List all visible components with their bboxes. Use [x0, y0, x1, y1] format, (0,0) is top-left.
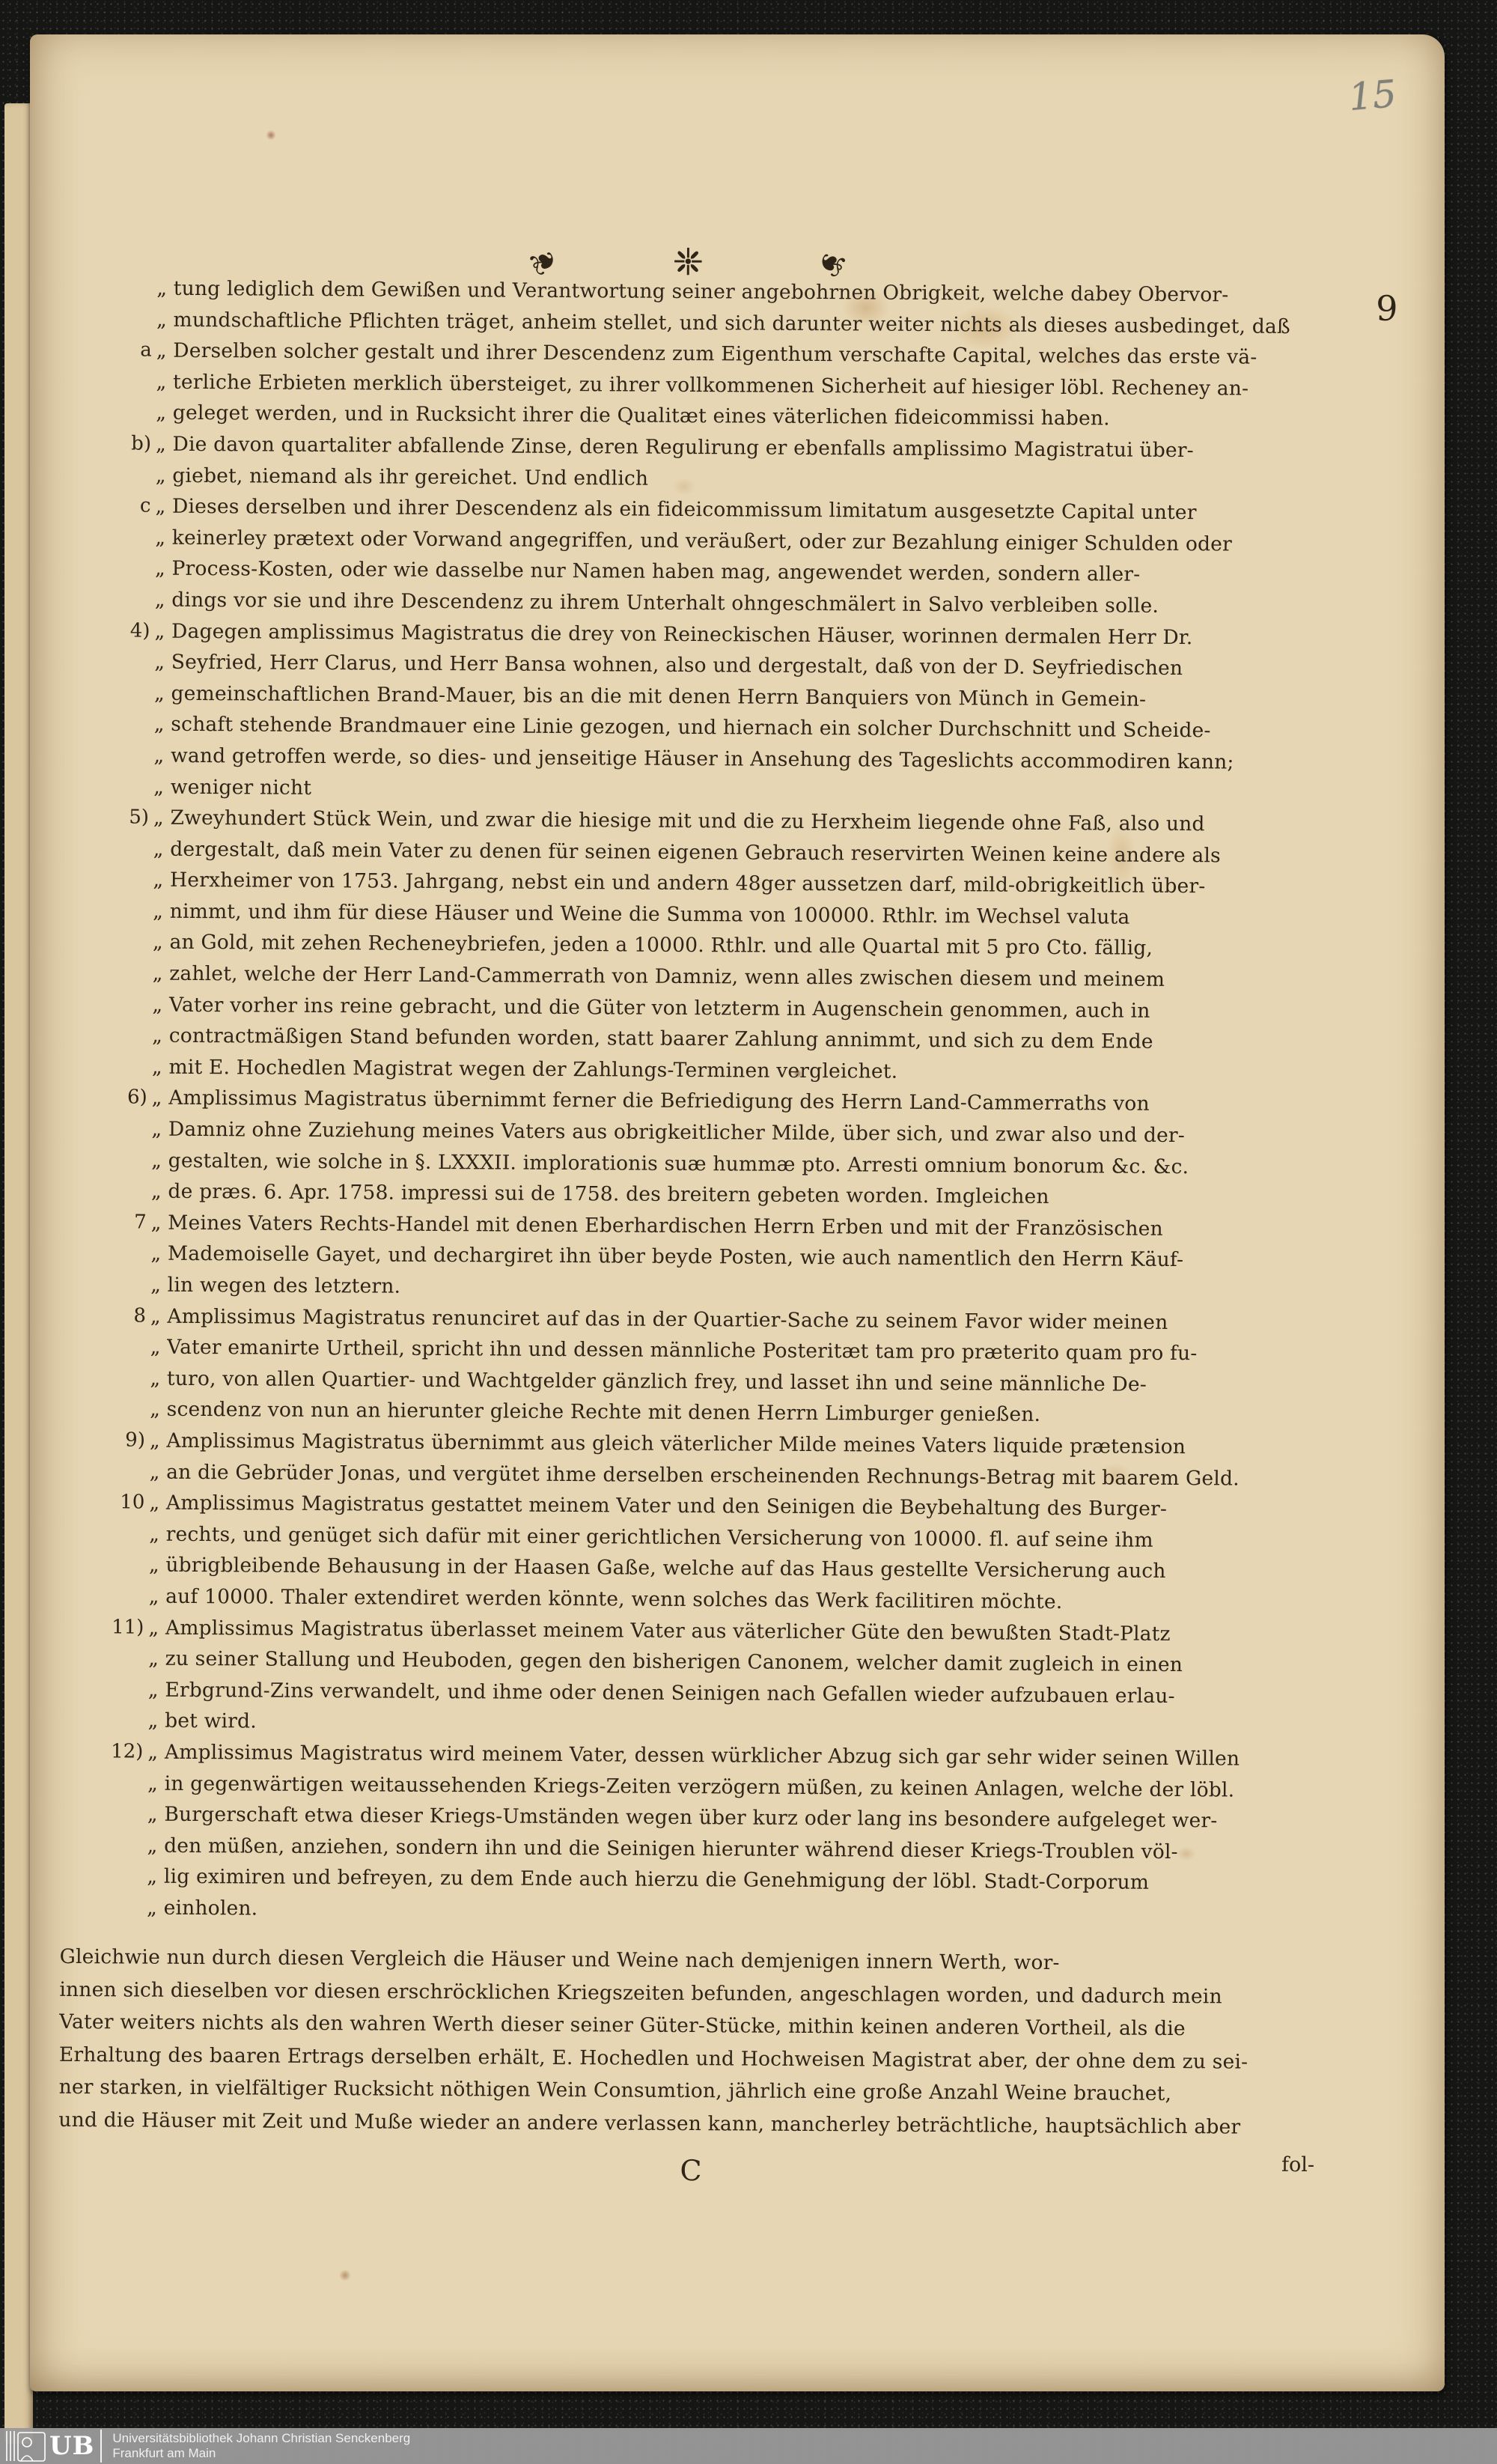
page-content: 15 ❦ ❈ ❦ 9 „ tung lediglich dem Gewißen …	[16, 34, 1445, 2400]
catchword: fol-	[1281, 2153, 1314, 2176]
page-number: 9	[1376, 288, 1399, 329]
line-text: „ mit E. Hochedlen Magistrat wegen der Z…	[152, 1051, 898, 1087]
item-marker	[70, 304, 156, 335]
item-marker	[61, 1767, 147, 1798]
watermark-line1: Universitätsbibliothek Johann Christian …	[112, 2431, 410, 2446]
line-text: „ de præs. 6. Apr. 1758. impressi sui de…	[151, 1176, 1049, 1213]
closing-paragraph: Gleichwie nun durch diesen Vergleich die…	[58, 1941, 1325, 2144]
item-marker	[60, 1892, 147, 1923]
item-marker	[69, 460, 156, 491]
item-marker	[65, 1051, 152, 1083]
item-marker	[65, 1020, 152, 1051]
line-text: „ lig eximiren und befreyen, zu dem Ende…	[147, 1861, 1149, 1899]
item-marker: 12)	[61, 1736, 147, 1768]
item-marker	[60, 1830, 147, 1861]
item-marker	[60, 1861, 147, 1892]
item-marker	[66, 895, 153, 927]
line-text: „ Erbgrund-Zins verwandelt, und ihme ode…	[148, 1674, 1175, 1712]
ub-logo-text: UB	[49, 2431, 94, 2461]
book-page: 15 ❦ ❈ ❦ 9 „ tung lediglich dem Gewißen …	[30, 34, 1445, 2391]
item-marker	[64, 1269, 150, 1301]
ub-logo: UB	[4, 2430, 102, 2463]
item-marker: 7	[64, 1207, 151, 1238]
watermark-text: Universitätsbibliothek Johann Christian …	[112, 2431, 410, 2461]
item-marker	[70, 273, 156, 304]
item-marker	[63, 1455, 150, 1487]
handwritten-folio-number: 15	[1347, 72, 1398, 119]
line-text: „ bet wird.	[147, 1706, 257, 1737]
item-marker	[68, 553, 155, 584]
item-marker	[67, 770, 153, 802]
item-marker	[61, 1674, 148, 1706]
item-marker: c	[68, 490, 155, 522]
item-marker	[67, 708, 154, 740]
watermark-line2: Frankfurt am Main	[112, 2446, 410, 2461]
item-marker	[64, 1331, 150, 1363]
item-marker	[64, 1175, 151, 1207]
item-marker: 8	[64, 1301, 150, 1332]
item-marker	[64, 1113, 151, 1145]
item-marker	[66, 958, 153, 989]
item-marker: 11)	[61, 1611, 148, 1643]
item-marker	[61, 1581, 148, 1612]
item-marker	[66, 926, 153, 958]
item-marker	[69, 397, 156, 428]
scanned-book-page-photo: 15 ❦ ❈ ❦ 9 „ tung lediglich dem Gewißen …	[0, 0, 1497, 2464]
item-marker: 4)	[67, 615, 154, 646]
item-marker	[68, 584, 155, 615]
item-marker	[61, 1705, 147, 1736]
line-text: „ giebet, niemand als ihr gereichet. Und…	[156, 460, 649, 494]
line-text: „ einholen.	[147, 1893, 258, 1924]
item-marker	[67, 833, 153, 865]
item-marker: a	[70, 335, 156, 366]
item-marker	[66, 864, 153, 895]
line-text: „ scendenz von nun an hierunter gleiche …	[150, 1394, 1040, 1431]
item-marker	[64, 1238, 150, 1269]
ub-logo-icon	[4, 2430, 46, 2463]
item-marker	[61, 1643, 148, 1674]
signature-row: C fol-	[58, 2150, 1323, 2203]
body-text: „ tung lediglich dem Gewißen und Verantw…	[60, 273, 1357, 1931]
item-marker	[63, 1363, 150, 1394]
line-text: „ lin wegen des letztern.	[150, 1270, 400, 1303]
item-marker: 5)	[67, 802, 153, 833]
item-marker: 10	[62, 1487, 149, 1518]
item-marker	[64, 1145, 151, 1176]
item-marker	[67, 740, 153, 771]
item-marker: b)	[69, 428, 156, 460]
library-watermark-bar: UB Universitätsbibliothek Johann Christi…	[0, 2428, 1497, 2464]
item-marker	[68, 522, 155, 553]
item-marker	[63, 1393, 150, 1425]
item-marker	[65, 989, 152, 1020]
item-marker: 6)	[65, 1082, 152, 1113]
signature-mark: C	[58, 2150, 1323, 2191]
item-marker	[67, 678, 154, 709]
line-text: „ weniger nicht	[153, 771, 311, 803]
item-marker: 9)	[63, 1425, 150, 1456]
item-marker	[69, 366, 156, 398]
line-text: „ wand getroffen werde, so dies- und jen…	[153, 740, 1234, 778]
item-marker	[62, 1549, 149, 1581]
line-text: „ auf 10000. Thaler extendiret werden kö…	[148, 1581, 1062, 1618]
item-marker	[62, 1518, 149, 1550]
item-marker	[67, 646, 154, 678]
item-marker	[61, 1798, 147, 1830]
